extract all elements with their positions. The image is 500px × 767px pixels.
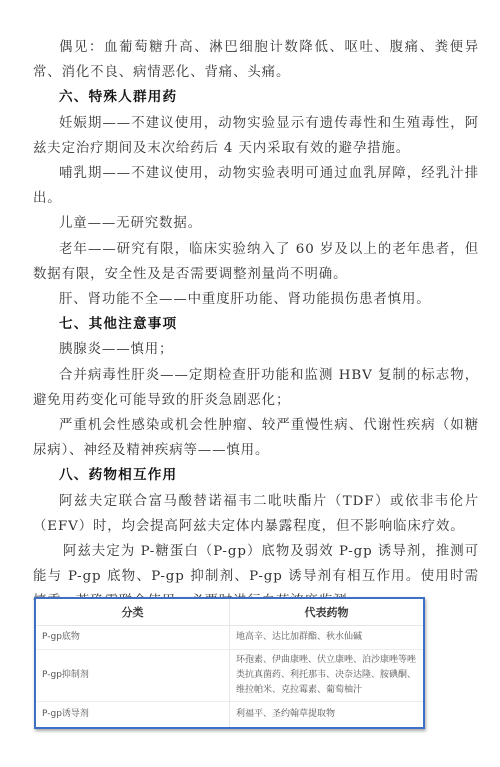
- document-body: 偶见：血葡萄糖升高、淋巴细胞计数降低、呕吐、腹痛、粪便异常、消化不良、病情恶化、…: [33, 35, 479, 615]
- category-cell: P-gp底物: [36, 626, 230, 650]
- table-row: P-gp抑制剂 环孢素、伊曲康唑、伏立康唑、泊沙康唑等唑类抗真菌药、利托那韦、决…: [36, 650, 423, 702]
- paragraph-lactation: 哺乳期——不建议使用，动物实验表明可通过血乳屏障，经乳汁排出。: [33, 161, 479, 211]
- drugs-cell: 利福平、圣约翰草提取物: [230, 702, 424, 728]
- category-cell: P-gp诱导剂: [36, 702, 230, 728]
- paragraph-pregnancy: 妊娠期——不建议使用，动物实验显示有遗传毒性和生殖毒性，阿兹夫定治疗期间及末次给…: [33, 111, 479, 161]
- heading-drug-interactions: 八、药物相互作用: [33, 463, 479, 488]
- paragraph-children: 儿童——无研究数据。: [33, 211, 479, 236]
- table-header-row: 分类 代表药物: [36, 599, 423, 626]
- pgp-drug-table: 分类 代表药物 P-gp底物 地高辛、达比加群酯、秋水仙碱 P-gp抑制剂 环孢…: [34, 597, 425, 729]
- paragraph-elderly: 老年——研究有限，临床实验纳入了 60 岁及以上的老年患者，但数据有限，安全性及…: [33, 237, 479, 287]
- paragraph-hepatic-renal: 肝、肾功能不全——中重度肝功能、肾功能损伤患者慎用。: [33, 287, 479, 312]
- paragraph-opportunistic: 严重机会性感染或机会性肿瘤、较严重慢性病、代谢性疾病（如糖尿病）、神经及精神疾病…: [33, 413, 479, 463]
- table-row: P-gp诱导剂 利福平、圣约翰草提取物: [36, 702, 423, 728]
- heading-other-precautions: 七、其他注意事项: [33, 312, 479, 337]
- paragraph-pancreatitis: 胰腺炎——慎用；: [33, 337, 479, 362]
- paragraph-tdf-efv: 阿兹夫定联合富马酸替诺福韦二吡呋酯片（TDF）或依非韦伦片（EFV）时，均会提高…: [33, 489, 479, 539]
- column-header-drugs: 代表药物: [230, 599, 424, 626]
- paragraph-adverse-occasional: 偶见：血葡萄糖升高、淋巴细胞计数降低、呕吐、腹痛、粪便异常、消化不良、病情恶化、…: [33, 35, 479, 85]
- heading-special-populations: 六、特殊人群用药: [33, 85, 479, 110]
- table-row: P-gp底物 地高辛、达比加群酯、秋水仙碱: [36, 626, 423, 650]
- column-header-category: 分类: [36, 599, 230, 626]
- category-cell: P-gp抑制剂: [36, 650, 230, 702]
- paragraph-viral-hepatitis: 合并病毒性肝炎——定期检查肝功能和监测 HBV 复制的标志物，避免用药变化可能导…: [33, 363, 479, 413]
- drugs-cell: 地高辛、达比加群酯、秋水仙碱: [230, 626, 424, 650]
- drugs-cell: 环孢素、伊曲康唑、伏立康唑、泊沙康唑等唑类抗真菌药、利托那韦、决奈达隆、胺碘酮、…: [230, 650, 424, 702]
